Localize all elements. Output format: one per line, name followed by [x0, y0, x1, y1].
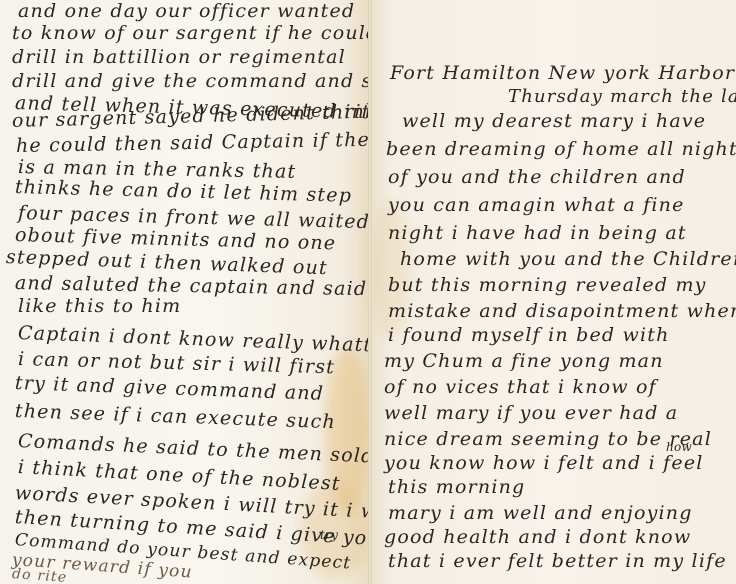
handwritten-line: but this morning revealed my — [388, 274, 707, 296]
handwritten-line: i found myself in bed with — [388, 324, 670, 346]
handwritten-line: you know how i felt and i feel — [384, 452, 704, 474]
letter-spread: and one day our officer wanted to know o… — [0, 0, 736, 584]
handwritten-line: do rite — [11, 566, 67, 584]
handwritten-line: this morning — [388, 476, 525, 498]
handwritten-line: that i ever felt better in my life — [388, 550, 727, 572]
handwritten-line: home with you and the Children — [400, 248, 736, 270]
handwritten-line: well mary if you ever had a — [384, 402, 678, 424]
handwritten-line: nice dream seeming to be real — [384, 428, 712, 450]
right-page: Fort Hamilton New york Harbor Thursday m… — [370, 0, 736, 584]
letter-date: Thursday march the last day — [508, 86, 736, 107]
handwritten-line: good health and i dont know — [384, 526, 691, 548]
handwritten-line: drill and give the command and see — [12, 70, 370, 92]
handwritten-line: mistake and disapointment when — [388, 300, 736, 322]
page-fold — [368, 0, 372, 584]
handwritten-line: thinks he can do it let him step — [15, 176, 353, 207]
handwritten-line: and one day our officer wanted — [18, 0, 355, 22]
handwritten-line: my Chum a fine yong man — [384, 350, 664, 372]
handwritten-line: drill in battillion or regimental — [12, 46, 346, 68]
handwritten-line: he could then said Captain if there — [16, 128, 370, 157]
left-page: and one day our officer wanted to know o… — [0, 0, 370, 584]
handwritten-line: been dreaming of home all night — [386, 138, 736, 160]
handwritten-line: then see if i can execute such — [15, 400, 337, 433]
handwritten-line: of you and the children and — [388, 166, 686, 188]
handwritten-line: well my dearest mary i have — [402, 110, 706, 132]
handwritten-line: like this to him — [18, 295, 181, 317]
handwritten-line: to know of our sargent if he could — [12, 22, 370, 44]
handwritten-line: night i have had in being at — [388, 222, 687, 244]
handwritten-line: try it and give command and — [15, 372, 325, 405]
letter-location: Fort Hamilton New york Harbor — [390, 62, 735, 84]
left-page-text: and one day our officer wanted to know o… — [0, 0, 370, 584]
handwritten-line: of no vices that i know of — [384, 376, 657, 398]
right-page-text: Fort Hamilton New york Harbor Thursday m… — [370, 0, 736, 584]
handwritten-line: you can amagin what a fine — [388, 194, 685, 216]
handwritten-line: mary i am well and enjoying — [388, 502, 693, 524]
